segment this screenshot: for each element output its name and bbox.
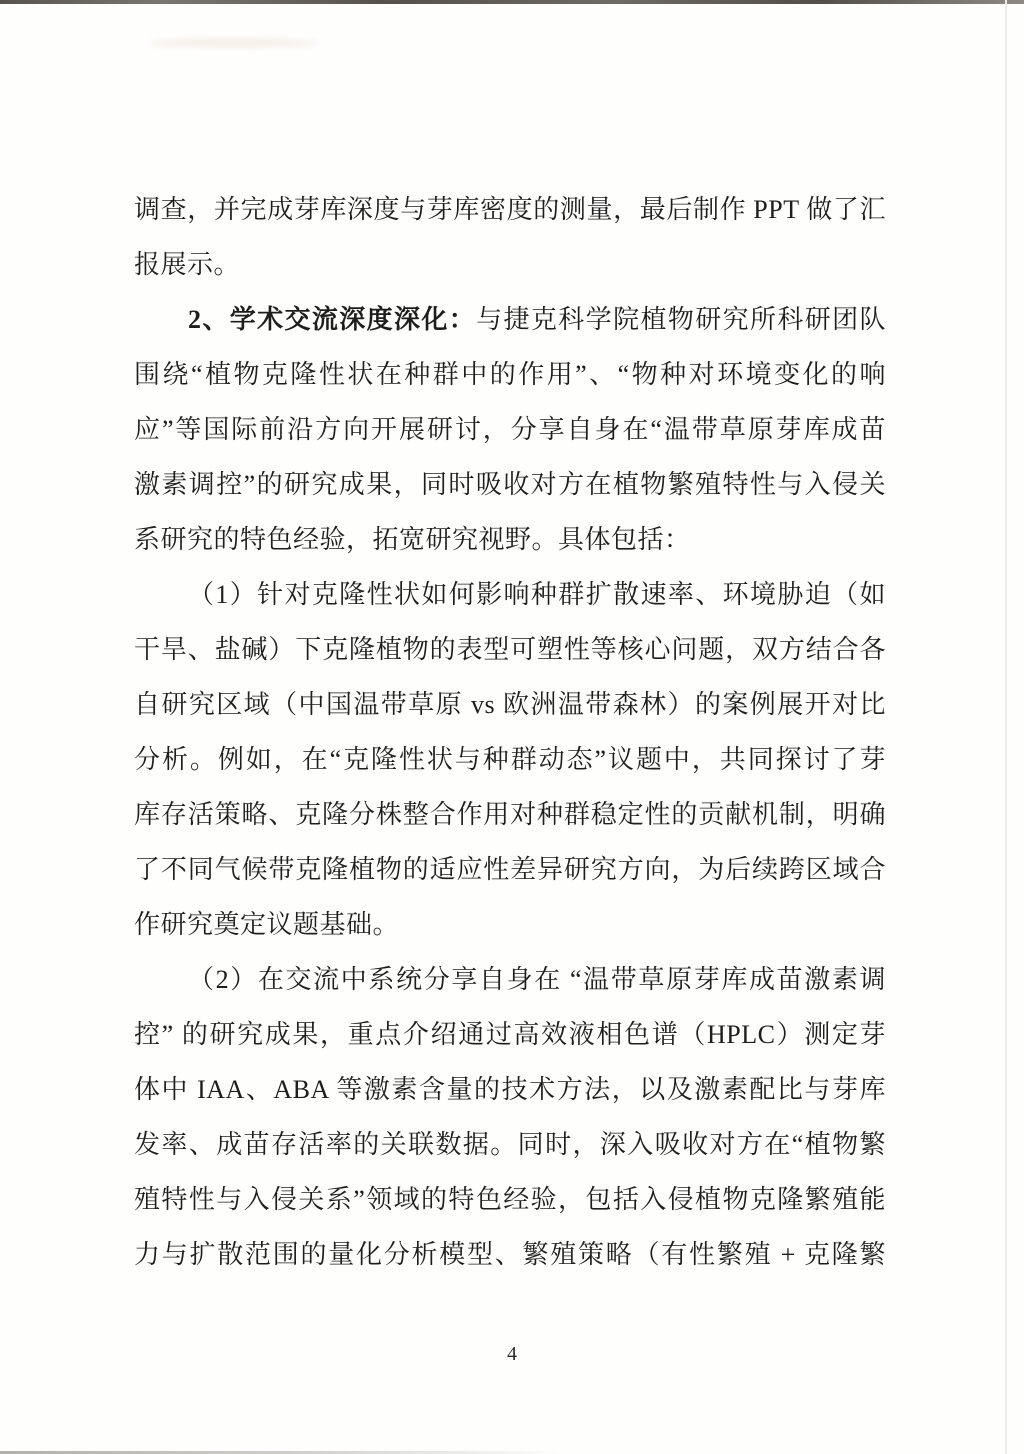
text-segment: 控” 的研究成果，重点介绍通过高效液相色谱（HPLC）测定芽 bbox=[134, 1020, 886, 1049]
text-segment: 自研究区域（中国温带草原 vs 欧洲温带森林）的案例展开对比 bbox=[134, 690, 886, 719]
document-body: 调查，并完成芽库深度与芽库密度的测量，最后制作 PPT 做了汇报展示。2、学术交… bbox=[134, 182, 886, 1282]
text-segment: 力与扩散范围的量化分析模型、繁殖策略（有性繁殖 + 克隆繁 bbox=[134, 1240, 886, 1269]
scan-edge-top bbox=[0, 0, 1024, 4]
text-segment: 激素调控”的研究成果，同时吸收对方在植物繁殖特性与入侵关 bbox=[134, 470, 886, 499]
text-line: 了不同气候带克隆植物的适应性差异研究方向，为后续跨区域合 bbox=[134, 842, 886, 897]
text-segment: 分析。例如，在“克隆性状与种群动态”议题中，共同探讨了芽 bbox=[134, 745, 886, 774]
text-segment: 围绕“植物克隆性状在种群中的作用”、“物种对环境变化的响 bbox=[134, 360, 886, 389]
text-line: （2）在交流中系统分享自身在 “温带草原芽库成苗激素调 bbox=[134, 952, 886, 1007]
text-line: 自研究区域（中国温带草原 vs 欧洲温带森林）的案例展开对比 bbox=[134, 677, 886, 732]
text-segment: 与捷克科学院植物研究所科研团队 bbox=[476, 305, 886, 334]
text-segment: （2）在交流中系统分享自身在 “温带草原芽库成苗激素调 bbox=[188, 965, 886, 994]
scan-edge-right bbox=[1005, 0, 1007, 1454]
page-number: 4 bbox=[0, 1340, 1024, 1368]
text-segment: 体中 IAA、ABA 等激素含量的技术方法，以及激素配比与芽库萌 bbox=[134, 1075, 886, 1117]
text-segment: （1）针对克隆性状如何影响种群扩散速率、环境胁迫（如 bbox=[188, 580, 886, 609]
text-line: 控” 的研究成果，重点介绍通过高效液相色谱（HPLC）测定芽 bbox=[134, 1007, 886, 1062]
text-line: 分析。例如，在“克隆性状与种群动态”议题中，共同探讨了芽 bbox=[134, 732, 886, 787]
text-line: （1）针对克隆性状如何影响种群扩散速率、环境胁迫（如 bbox=[134, 567, 886, 622]
text-segment: 发率、成苗存活率的关联数据。同时，深入吸收对方在“植物繁 bbox=[134, 1130, 886, 1159]
scan-smudge bbox=[148, 38, 318, 48]
text-line: 报展示。 bbox=[134, 237, 886, 292]
text-line: 干旱、盐碱）下克隆植物的表型可塑性等核心问题，双方结合各 bbox=[134, 622, 886, 677]
text-segment: 报展示。 bbox=[134, 250, 240, 279]
text-line: 围绕“植物克隆性状在种群中的作用”、“物种对环境变化的响 bbox=[134, 347, 886, 402]
text-segment-bold: 2、学术交流深度深化： bbox=[188, 305, 476, 334]
text-line: 2、学术交流深度深化：与捷克科学院植物研究所科研团队 bbox=[134, 292, 886, 347]
text-segment: 了不同气候带克隆植物的适应性差异研究方向，为后续跨区域合 bbox=[134, 855, 886, 884]
text-line: 发率、成苗存活率的关联数据。同时，深入吸收对方在“植物繁 bbox=[134, 1117, 886, 1172]
text-line: 调查，并完成芽库深度与芽库密度的测量，最后制作 PPT 做了汇 bbox=[134, 182, 886, 237]
text-line: 库存活策略、克隆分株整合作用对种群稳定性的贡献机制，明确 bbox=[134, 787, 886, 842]
text-line: 作研究奠定议题基础。 bbox=[134, 897, 886, 952]
text-line: 系研究的特色经验，拓宽研究视野。具体包括： bbox=[134, 512, 886, 567]
text-line: 力与扩散范围的量化分析模型、繁殖策略（有性繁殖 + 克隆繁 bbox=[134, 1227, 886, 1282]
text-segment: 应”等国际前沿方向开展研讨，分享自身在“温带草原芽库成苗 bbox=[134, 415, 886, 444]
text-segment: 系研究的特色经验，拓宽研究视野。具体包括： bbox=[134, 525, 691, 554]
text-line: 殖特性与入侵关系”领域的特色经验，包括入侵植物克隆繁殖能 bbox=[134, 1172, 886, 1227]
document-page: 调查，并完成芽库深度与芽库密度的测量，最后制作 PPT 做了汇报展示。2、学术交… bbox=[0, 0, 1024, 1454]
text-segment: 殖特性与入侵关系”领域的特色经验，包括入侵植物克隆繁殖能 bbox=[134, 1185, 886, 1214]
text-line: 激素调控”的研究成果，同时吸收对方在植物繁殖特性与入侵关 bbox=[134, 457, 886, 512]
text-line: 应”等国际前沿方向开展研讨，分享自身在“温带草原芽库成苗 bbox=[134, 402, 886, 457]
text-line: 体中 IAA、ABA 等激素含量的技术方法，以及激素配比与芽库萌 bbox=[134, 1062, 886, 1117]
text-segment: 干旱、盐碱）下克隆植物的表型可塑性等核心问题，双方结合各 bbox=[134, 635, 886, 664]
text-segment: 库存活策略、克隆分株整合作用对种群稳定性的贡献机制，明确 bbox=[134, 800, 886, 829]
text-segment: 调查，并完成芽库深度与芽库密度的测量，最后制作 PPT 做了汇 bbox=[134, 195, 886, 224]
text-segment: 作研究奠定议题基础。 bbox=[134, 910, 399, 939]
